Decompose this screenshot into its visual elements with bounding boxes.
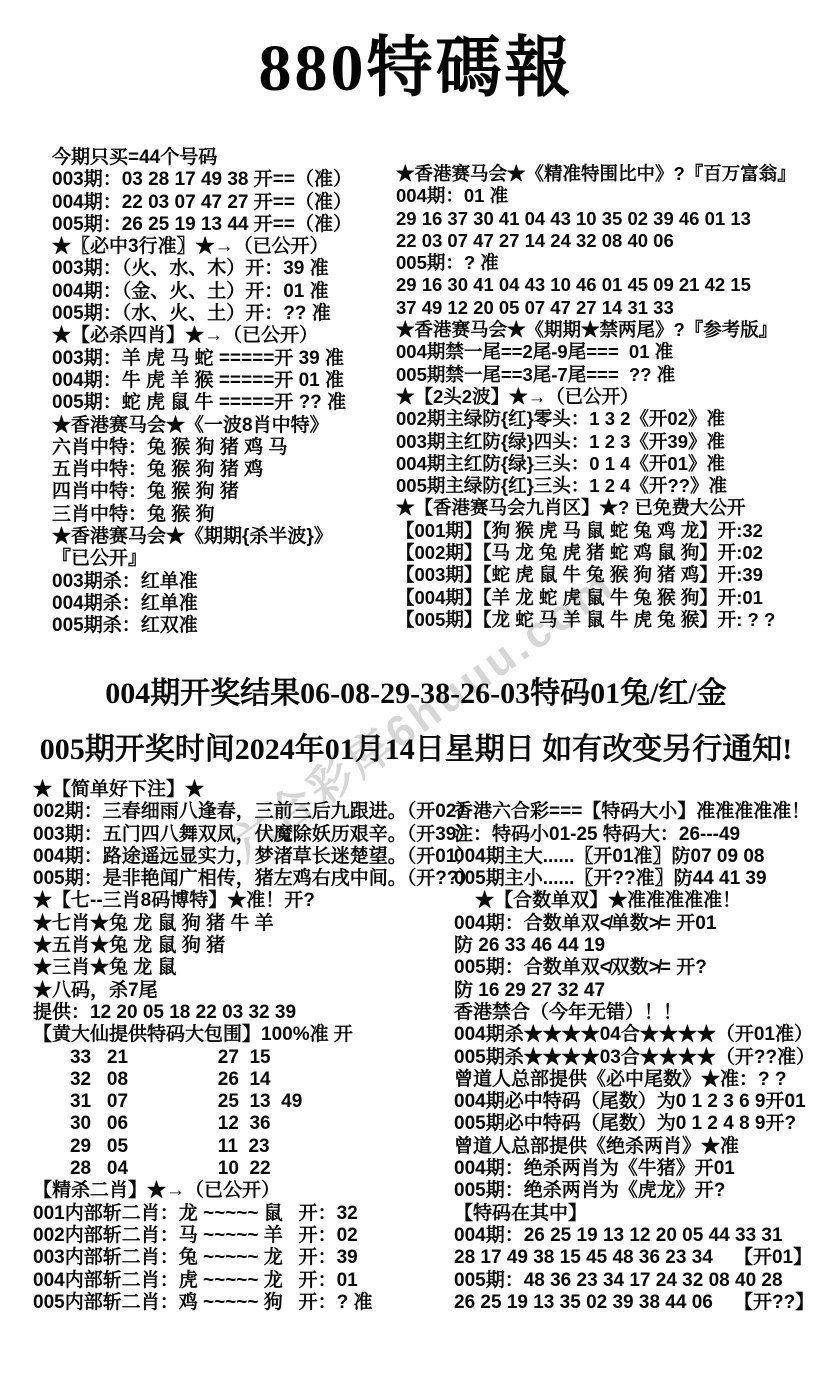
next-draw-notice-banner: 005期开奖时间2024年01月14日星期日 如有改变另行通知!	[0, 724, 832, 768]
text-line: 今期只买=44个号码	[52, 147, 397, 169]
text-line: 29 16 30 41 04 43 10 46 01 45 09 21 42 1…	[396, 274, 828, 296]
bottom-row-left-text: 003期：五门四八舞双凤，伏魔除妖历艰辛。（开39）	[33, 824, 475, 846]
text-line: 【001期】【狗 猴 虎 马 鼠 蛇 兔 鸡 龙】开:32	[396, 520, 828, 542]
bottom-row-right-text: ★【合数单双】★准准准准准！	[454, 890, 741, 912]
bottom-row: 31 07 25 13 49 004期必中特码（尾数）为0 1 2 3 6 9开…	[33, 1091, 832, 1113]
text-line: ★【香港赛马会九肖区】★? 已免费大公开	[396, 497, 828, 519]
text-line: 002期主绿防{红}零头：1 3 2《开02》准	[396, 408, 828, 430]
bottom-row-left-text: 【精杀二肖】★→（已公开）	[33, 1180, 280, 1202]
bottom-row-left-text: ★【简单好下注】★	[33, 779, 204, 801]
text-line: ★〖必中3行准〗★→（已公开）	[52, 236, 397, 258]
bottom-row-left-text: 004内部斩二肖：虎 ~~~~~ 龙 开：01	[33, 1270, 358, 1292]
bottom-row-left-text: 32 08 26 14	[33, 1069, 271, 1091]
bottom-row-left-text: 【黄大仙提供特码大包围】100%准 开	[33, 1024, 353, 1046]
bottom-row-right-text: 香港六合彩===【特码大小】准准准准准！	[454, 801, 810, 823]
bottom-row: 33 21 27 15 005期杀★★★★03合★★★★（开??准）	[33, 1047, 832, 1069]
top-right-column: ★香港赛马会★《精准特围比中》?『百万富翁』 004期：01 准 29 16 3…	[396, 163, 828, 631]
text-line: 004期：牛 虎 羊 猴 =====开 01 准	[52, 370, 397, 392]
bottom-row-right-text: 005期杀★★★★03合★★★★（开??准）	[454, 1047, 815, 1069]
text-line: 004期禁一尾==2尾-9尾=== 01 准	[396, 341, 828, 363]
text-line: 004期：22 03 07 47 27 开==（准）	[52, 192, 397, 214]
bottom-section: ★【简单好下注】★ 002期：三春细雨八逢春，三前三后九跟进。（开02） 香港六…	[33, 779, 832, 1314]
bottom-row: 005内部斩二肖：鸡 ~~~~~ 狗 开：? 准 26 25 19 13 35 …	[33, 1292, 832, 1314]
text-line: 37 49 12 20 05 07 47 27 14 31 33	[396, 297, 828, 319]
text-line: 005期主绿防{红}三头：1 2 4《开??》准	[396, 475, 828, 497]
bottom-row: ★七肖★兔 龙 鼠 狗 猪 牛 羊 004期：合数单双≮单数≯= 开01	[33, 913, 832, 935]
text-line: 22 03 07 47 27 14 24 32 08 40 06	[396, 230, 828, 252]
bottom-row: 005期：是非艳闻广相传，猪左鸡右戌中间。（开??） 005期主小......〖…	[33, 868, 832, 890]
text-line: 004期主红防{绿}三头：0 1 4《开01》准	[396, 453, 828, 475]
text-line: 五肖中特：兔 猴 狗 猪 鸡	[52, 459, 397, 481]
text-line: 『已公开』	[52, 548, 397, 570]
bottom-row-left-text: ★八码，杀7尾	[33, 980, 158, 1002]
bottom-row-right-text: 曾道人总部提供《必中尾数》★准：? ?	[454, 1069, 787, 1091]
text-line: ★香港赛马会★《精准特围比中》?『百万富翁』	[396, 163, 828, 185]
bottom-row-left-text: 28 04 10 22	[33, 1158, 271, 1180]
text-line: ★【必杀四肖】★→（已公开）	[52, 325, 397, 347]
text-line: 003期杀：红单准	[52, 571, 397, 593]
text-line: 【004期】【羊 龙 蛇 虎 鼠 牛 兔 猴 狗】开:01	[396, 587, 828, 609]
text-line: 005期：? 准	[396, 252, 828, 274]
text-line: 003期主红防{绿}四头：1 2 3《开39》准	[396, 431, 828, 453]
bottom-row-left-text: 003内部斩二肖：兔 ~~~~~ 龙 开：39	[33, 1247, 358, 1269]
text-line: ★香港赛马会★《一波8肖中特》	[52, 415, 397, 437]
lottery-report-page: 六合彩库6huuu.com 880特碼報 今期只买=44个号码 003期：03 …	[0, 0, 832, 1388]
text-line: ★香港赛马会★《期期★禁两尾》?『参考版』	[396, 319, 828, 341]
bottom-row-right-text: 004期杀★★★★04合★★★★（开01准）	[454, 1024, 813, 1046]
bottom-row-right-text: 【特码在其中】	[454, 1203, 587, 1225]
bottom-row-right-text: 防 26 33 46 44 19	[454, 935, 605, 957]
bottom-row-left-text: 005内部斩二肖：鸡 ~~~~~ 狗 开：? 准	[33, 1292, 372, 1314]
bottom-row-left-text: ★七肖★兔 龙 鼠 狗 猪 牛 羊	[33, 913, 274, 935]
text-line: 003期：（火、水、木）开：39 准	[52, 258, 397, 280]
text-line: 003期：羊 虎 马 蛇 =====开 39 准	[52, 348, 397, 370]
bottom-row-right-text: 香港禁合（今年无错）！！	[454, 1002, 682, 1024]
text-line: 六肖中特：兔 猴 狗 猪 鸡 马	[52, 437, 397, 459]
top-left-column: 今期只买=44个号码 003期：03 28 17 49 38 开==（准） 00…	[52, 147, 397, 638]
bottom-row-right-text: 28 17 49 38 15 45 48 36 23 34 【开01】	[454, 1247, 812, 1269]
bottom-row: 001内部斩二肖：龙 ~~~~~ 鼠 开：32 【特码在其中】	[33, 1203, 832, 1225]
bottom-row: 32 08 26 14 曾道人总部提供《必中尾数》★准：? ?	[33, 1069, 832, 1091]
text-line: 005期杀：红双准	[52, 615, 397, 637]
bottom-row-left-text: 30 06 12 36	[33, 1113, 271, 1135]
bottom-row: ★五肖★兔 龙 鼠 狗 猪 防 26 33 46 44 19	[33, 935, 832, 957]
bottom-row: 提供：12 20 05 18 22 03 32 39 香港禁合（今年无错）！！	[33, 1002, 832, 1024]
bottom-row-right-text: 004期：绝杀两肖为《牛猪》开01	[454, 1158, 735, 1180]
bottom-row-right-text: 005期：绝杀两肖为《虎龙》开?	[454, 1180, 725, 1202]
bottom-row: 30 06 12 36 005期必中特码（尾数）为0 1 2 4 8 9开?	[33, 1113, 832, 1135]
bottom-row: ★【简单好下注】★	[33, 779, 832, 801]
text-line: 004期杀：红单准	[52, 593, 397, 615]
bottom-row-left-text: 001内部斩二肖：龙 ~~~~~ 鼠 开：32	[33, 1203, 358, 1225]
bottom-row-left-text: 004期：路途遥远显实力，梦渚草长迷楚望。（开01）	[33, 846, 475, 868]
bottom-row: 28 04 10 22 004期：绝杀两肖为《牛猪》开01	[33, 1158, 832, 1180]
bottom-row-right-text: 26 25 19 13 35 02 39 38 44 06 【开??】	[454, 1292, 814, 1314]
text-line: 005期：蛇 虎 鼠 牛 =====开 ?? 准	[52, 392, 397, 414]
text-line: 003期：03 28 17 49 38 开==（准）	[52, 169, 397, 191]
bottom-row-left-text: 002内部斩二肖：马 ~~~~~ 羊 开：02	[33, 1225, 358, 1247]
text-line: 29 16 37 30 41 04 43 10 35 02 39 46 01 1…	[396, 208, 828, 230]
bottom-row: 002内部斩二肖：马 ~~~~~ 羊 开：02 004期：26 25 19 13…	[33, 1225, 832, 1247]
bottom-row-left-text: 29 05 11 23	[33, 1136, 270, 1158]
text-line: 005期：（水、火、土）开：?? 准	[52, 303, 397, 325]
bottom-row-right-text: 004期：合数单双≮单数≯= 开01	[454, 913, 716, 935]
bottom-row-left-text: 提供：12 20 05 18 22 03 32 39	[33, 1002, 296, 1024]
bottom-row-right-text: 004期主大......〖开01准〗防07 09 08	[454, 846, 764, 868]
text-line: 【005期】【龙 蛇 马 羊 鼠 牛 虎 兔 猴】开: ? ?	[396, 609, 828, 631]
bottom-row-left-text: ★【七--三肖8码博特】★准！开?	[33, 890, 315, 912]
bottom-row-left-text: 33 21 27 15	[33, 1047, 271, 1069]
bottom-row: 29 05 11 23 曾道人总部提供《绝杀两肖》★准	[33, 1136, 832, 1158]
bottom-row-left-text: 31 07 25 13 49	[33, 1091, 302, 1113]
bottom-row: 002期：三春细雨八逢春，三前三后九跟进。（开02） 香港六合彩===【特码大小…	[33, 801, 832, 823]
text-line: 004期：01 准	[396, 185, 828, 207]
bottom-row-right-text: 注：特码小01-25 特码大：26---49	[454, 824, 740, 846]
bottom-row: ★三肖★兔 龙 鼠 005期：合数单双≮双数≯= 开?	[33, 957, 832, 979]
text-line: ★【2头2波】★→（已公开）	[396, 386, 828, 408]
bottom-row-right-text: 004期：26 25 19 13 12 20 05 44 33 31	[454, 1225, 783, 1247]
bottom-row-right-text: 曾道人总部提供《绝杀两肖》★准	[454, 1136, 739, 1158]
bottom-row: ★【七--三肖8码博特】★准！开? ★【合数单双】★准准准准准！	[33, 890, 832, 912]
bottom-row: 【精杀二肖】★→（已公开） 005期：绝杀两肖为《虎龙》开?	[33, 1180, 832, 1202]
text-line: 四肖中特：兔 猴 狗 猪	[52, 481, 397, 503]
bottom-row: 【黄大仙提供特码大包围】100%准 开 004期杀★★★★04合★★★★（开01…	[33, 1024, 832, 1046]
bottom-row-right-text: 005期：合数单双≮双数≯= 开?	[454, 957, 707, 979]
text-line: 【003期】【蛇 虎 鼠 牛 兔 猴 狗 猪 鸡】开:39	[396, 564, 828, 586]
text-line: 【002期】【马 龙 兔 虎 猪 蛇 鸡 鼠 狗】开:02	[396, 542, 828, 564]
text-line: 005期：26 25 19 13 44 开==（准）	[52, 214, 397, 236]
bottom-row: 003期：五门四八舞双凤，伏魔除妖历艰辛。（开39） 注：特码小01-25 特码…	[33, 824, 832, 846]
text-line: 004期：（金、火、土）开：01 准	[52, 281, 397, 303]
draw-result-banner: 004期开奖结果06-08-29-38-26-03特码01兔/红/金	[0, 668, 832, 712]
bottom-row-left-text: ★三肖★兔 龙 鼠	[33, 957, 177, 979]
bottom-row-left-text: 002期：三春细雨八逢春，三前三后九跟进。（开02）	[33, 801, 475, 823]
bottom-row: 004内部斩二肖：虎 ~~~~~ 龙 开：01 005期：48 36 23 34…	[33, 1270, 832, 1292]
text-line: 005期禁一尾==3尾-7尾=== ?? 准	[396, 364, 828, 386]
bottom-row-right-text: 004期必中特码（尾数）为0 1 2 3 6 9开01	[454, 1091, 806, 1113]
bottom-row-left-text: ★五肖★兔 龙 鼠 狗 猪	[33, 935, 225, 957]
bottom-row: ★八码，杀7尾 防 16 29 27 32 47	[33, 980, 832, 1002]
bottom-row: 003内部斩二肖：兔 ~~~~~ 龙 开：39 28 17 49 38 15 4…	[33, 1247, 832, 1269]
bottom-row-right-text: 防 16 29 27 32 47	[454, 980, 605, 1002]
bottom-row-right-text: 005期主小......〖开??准〗防44 41 39	[454, 868, 767, 890]
page-title: 880特碼報	[0, 14, 832, 109]
text-line: ★香港赛马会★《期期{杀半波}》	[52, 526, 397, 548]
bottom-row-left-text: 005期：是非艳闻广相传，猪左鸡右戌中间。（开??）	[33, 868, 477, 890]
bottom-row-right-text: 005期必中特码（尾数）为0 1 2 4 8 9开?	[454, 1113, 796, 1135]
text-line: 三肖中特：兔 猴 狗	[52, 504, 397, 526]
bottom-row-right-text: 005期：48 36 23 34 17 24 32 08 40 28	[454, 1270, 783, 1292]
bottom-row: 004期：路途遥远显实力，梦渚草长迷楚望。（开01） 004期主大......〖…	[33, 846, 832, 868]
